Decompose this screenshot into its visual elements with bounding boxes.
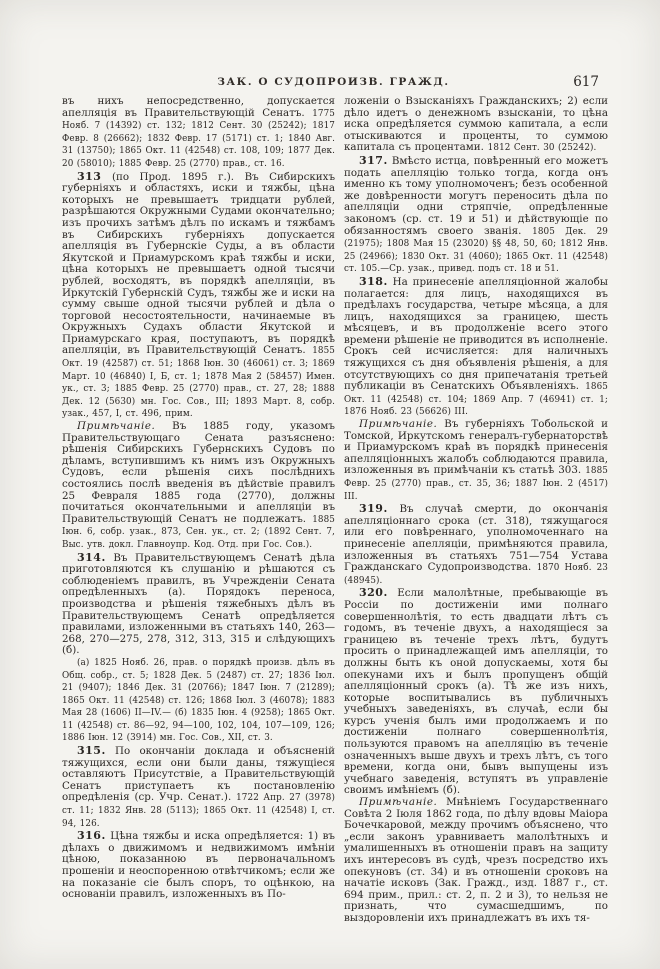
page-number: 617 (573, 74, 599, 90)
running-title: ЗАК. О СУДОПРОИЗВ. ГРАЖД. (62, 76, 605, 88)
paragraph: 314. Въ Правительствующемъ Сенатѣ дѣла п… (62, 552, 335, 657)
paragraph: Примѣчаніе. Въ 1885 году, указомъ Правит… (62, 421, 335, 552)
article-number: 313 (77, 170, 101, 183)
citation-text: (а) 1825 Нояб. 26, прав. о порядкѣ произ… (62, 658, 335, 744)
article-number: 317. (359, 154, 388, 167)
paragraph: Примѣчаніе. Мнѣніемъ Государственнаго Со… (344, 797, 608, 925)
body-text: (по Прод. 1895 г.). Въ Сибирскихъ губерн… (62, 171, 335, 357)
body-text: въ нихъ непосредственно, допускается апе… (62, 95, 335, 119)
citation-text: 1855 Окт. 19 (42587) ст. 51; 1868 Іюн. 3… (62, 346, 335, 419)
paragraph: 316. Цѣна тяжбы и иска опредѣляется: 1) … (62, 830, 335, 901)
article-number: 318. (359, 275, 388, 288)
note-label: Примѣчаніе. (77, 420, 155, 432)
paragraph: 317. Вмѣсто истца, повѣренный его можетъ… (344, 155, 608, 276)
note-label: Примѣчаніе. (359, 418, 437, 430)
paragraph: Примѣчаніе. Въ губерніяхъ Тобольской и Т… (344, 419, 608, 503)
body-text: Мнѣніемъ Государственнаго Совѣта 2 Іюля … (344, 796, 608, 924)
article-number: 314. (77, 551, 106, 564)
paragraph: 320. Если малолѣтные, пребывающіе въ Рос… (344, 587, 608, 797)
right-column: ложеніи о Взысканіяхъ Гражданскихъ; 2) е… (344, 96, 608, 925)
body-text: Въ Правительствующемъ Сенатѣ дѣла пригот… (62, 552, 335, 657)
paragraph: 319. Въ случаѣ смерти, до окончанія апел… (344, 503, 608, 587)
page-header: ЗАК. О СУДОПРОИЗВ. ГРАЖД. 617 (62, 76, 605, 92)
body-text: Въ 1885 году, указомъ Правительствующаго… (62, 420, 335, 525)
text-block: въ нихъ непосредственно, допускается апе… (62, 96, 608, 925)
article-number: 320. (359, 586, 388, 599)
article-number: 319. (359, 502, 388, 515)
body-text: Если малолѣтные, пребывающіе въ Россіи п… (344, 587, 608, 796)
left-column: въ нихъ непосредственно, допускается апе… (62, 96, 335, 925)
scanned-page: ЗАК. О СУДОПРОИЗВ. ГРАЖД. 617 въ нихъ не… (0, 0, 660, 969)
body-text: На принесеніе апелляціонной жалобы полаг… (344, 276, 608, 392)
body-text: Вмѣсто истца, повѣренный его можетъ пода… (344, 155, 608, 237)
paragraph: въ нихъ непосредственно, допускается апе… (62, 96, 335, 171)
citation-text: 1812 Сент. 30 (25242). (488, 143, 597, 153)
paragraph: 313 (по Прод. 1895 г.). Въ Сибирскихъ гу… (62, 171, 335, 421)
article-number: 315. (77, 744, 106, 757)
article-number: 316. (77, 829, 106, 842)
note-label: Примѣчаніе. (359, 796, 437, 808)
paragraph: 315. По окончаніи доклада и объясненій т… (62, 745, 335, 830)
paragraph: ложеніи о Взысканіяхъ Гражданскихъ; 2) е… (344, 96, 608, 155)
paragraph: (а) 1825 Нояб. 26, прав. о порядкѣ произ… (62, 657, 335, 745)
paragraph: 318. На принесеніе апелляціонной жалобы … (344, 276, 608, 419)
